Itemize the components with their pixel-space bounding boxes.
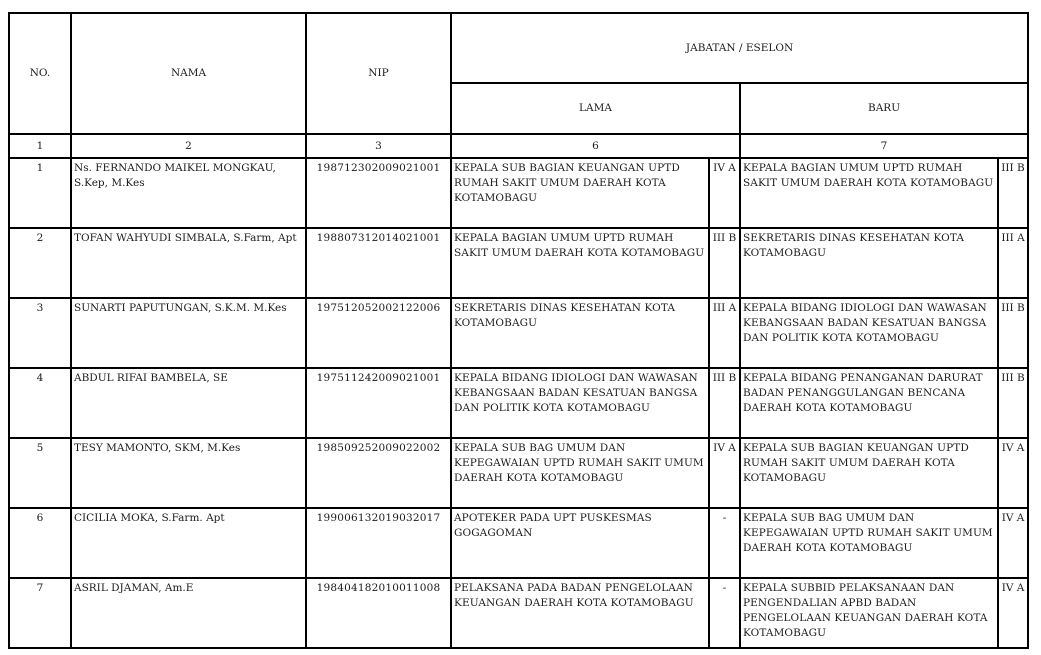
cell-eselon-baru: IV A [998, 578, 1028, 648]
cell-nip: 199006132019032017 [306, 508, 451, 578]
cell-jabatan-baru: KEPALA SUB BAG UMUM DAN KEPEGAWAIAN UPTD… [740, 508, 998, 578]
cell-no: 1 [9, 158, 71, 228]
cell-jabatan-baru: KEPALA BIDANG PENANGANAN DARURAT BADAN P… [740, 368, 998, 438]
cell-nama: TOFAN WAHYUDI SIMBALA, S.Farm, Apt [71, 228, 306, 298]
cell-eselon-lama: III B [709, 368, 740, 438]
cell-no: 6 [9, 508, 71, 578]
cell-nip: 198807312014021001 [306, 228, 451, 298]
table-row: 2 TOFAN WAHYUDI SIMBALA, S.Farm, Apt 198… [9, 228, 1028, 298]
cell-jabatan-lama: KEPALA SUB BAG UMUM DAN KEPEGAWAIAN UPTD… [451, 438, 709, 508]
cell-jabatan-lama: SEKRETARIS DINAS KESEHATAN KOTA KOTAMOBA… [451, 298, 709, 368]
column-number-no: 1 [9, 134, 71, 158]
personnel-transfer-table: NO. NAMA NIP JABATAN / ESELON LAMA BARU … [8, 12, 1029, 649]
cell-nama: ASRIL DJAMAN, Am.E [71, 578, 306, 648]
cell-nip: 198509252009022002 [306, 438, 451, 508]
cell-nip: 198404182010011008 [306, 578, 451, 648]
cell-nama: TESY MAMONTO, SKM, M.Kes [71, 438, 306, 508]
cell-eselon-baru: III B [998, 158, 1028, 228]
cell-nama: Ns. FERNANDO MAIKEL MONGKAU, S.Kep, M.Ke… [71, 158, 306, 228]
header-no: NO. [9, 13, 71, 134]
cell-nip: 197512052002122006 [306, 298, 451, 368]
cell-jabatan-lama: KEPALA BIDANG IDIOLOGI DAN WAWASAN KEBAN… [451, 368, 709, 438]
cell-jabatan-lama: KEPALA SUB BAGIAN KEUANGAN UPTD RUMAH SA… [451, 158, 709, 228]
table-row: 5 TESY MAMONTO, SKM, M.Kes 1985092520090… [9, 438, 1028, 508]
cell-eselon-lama: IV A [709, 438, 740, 508]
cell-jabatan-baru: KEPALA BAGIAN UMUM UPTD RUMAH SAKIT UMUM… [740, 158, 998, 228]
column-number-baru: 7 [740, 134, 1028, 158]
cell-no: 7 [9, 578, 71, 648]
header-lama: LAMA [451, 83, 740, 134]
table-body: 1 Ns. FERNANDO MAIKEL MONGKAU, S.Kep, M.… [9, 158, 1028, 648]
cell-eselon-baru: III A [998, 228, 1028, 298]
cell-eselon-lama: - [709, 578, 740, 648]
cell-jabatan-lama: KEPALA BAGIAN UMUM UPTD RUMAH SAKIT UMUM… [451, 228, 709, 298]
header-jabatan-eselon: JABATAN / ESELON [451, 13, 1028, 83]
cell-eselon-baru: III B [998, 368, 1028, 438]
cell-eselon-baru: IV A [998, 508, 1028, 578]
cell-jabatan-baru: KEPALA BIDANG IDIOLOGI DAN WAWASAN KEBAN… [740, 298, 998, 368]
cell-nip: 197511242009021001 [306, 368, 451, 438]
cell-jabatan-lama: PELAKSANA PADA BADAN PENGELOLAAN KEUANGA… [451, 578, 709, 648]
cell-eselon-baru: IV A [998, 438, 1028, 508]
cell-no: 4 [9, 368, 71, 438]
header-baru: BARU [740, 83, 1028, 134]
cell-jabatan-lama: APOTEKER PADA UPT PUSKESMAS GOGAGOMAN [451, 508, 709, 578]
cell-jabatan-baru: SEKRETARIS DINAS KESEHATAN KOTA KOTAMOBA… [740, 228, 998, 298]
column-number-nama: 2 [71, 134, 306, 158]
header-nama: NAMA [71, 13, 306, 134]
table-row: 3 SUNARTI PAPUTUNGAN, S.K.M. M.Kes 19751… [9, 298, 1028, 368]
cell-eselon-baru: III B [998, 298, 1028, 368]
cell-eselon-lama: - [709, 508, 740, 578]
table-row: 4 ABDUL RIFAI BAMBELA, SE 19751124200902… [9, 368, 1028, 438]
cell-nip: 198712302009021001 [306, 158, 451, 228]
column-number-nip: 3 [306, 134, 451, 158]
cell-nama: CICILIA MOKA, S.Farm. Apt [71, 508, 306, 578]
cell-eselon-lama: IV A [709, 158, 740, 228]
cell-eselon-lama: III A [709, 298, 740, 368]
header-nip: NIP [306, 13, 451, 134]
table-row: 1 Ns. FERNANDO MAIKEL MONGKAU, S.Kep, M.… [9, 158, 1028, 228]
table-row: 6 CICILIA MOKA, S.Farm. Apt 199006132019… [9, 508, 1028, 578]
column-number-row: 1 2 3 6 7 [9, 134, 1028, 158]
cell-no: 3 [9, 298, 71, 368]
cell-eselon-lama: III B [709, 228, 740, 298]
cell-nama: SUNARTI PAPUTUNGAN, S.K.M. M.Kes [71, 298, 306, 368]
cell-jabatan-baru: KEPALA SUB BAGIAN KEUANGAN UPTD RUMAH SA… [740, 438, 998, 508]
cell-nama: ABDUL RIFAI BAMBELA, SE [71, 368, 306, 438]
cell-no: 2 [9, 228, 71, 298]
table-row: 7 ASRIL DJAMAN, Am.E 198404182010011008 … [9, 578, 1028, 648]
cell-no: 5 [9, 438, 71, 508]
cell-jabatan-baru: KEPALA SUBBID PELAKSANAAN DAN PENGENDALI… [740, 578, 998, 648]
column-number-lama: 6 [451, 134, 740, 158]
